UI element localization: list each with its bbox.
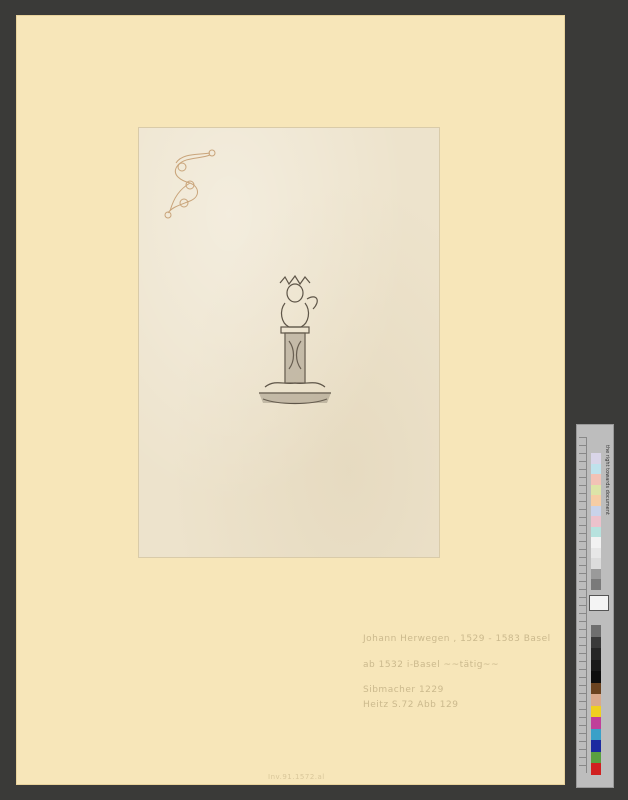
- color-patch-05: [591, 569, 601, 580]
- color-patch-b8: [591, 453, 601, 464]
- color-patch-b8: [591, 485, 601, 496]
- color-calibration-strip: the right towards document: [576, 424, 614, 788]
- annotation-artist: Johann Herwegen , 1529 - 1583 Basel: [363, 634, 551, 644]
- color-patch-02: [591, 548, 601, 559]
- color-patch-a7: [591, 506, 601, 517]
- gray-reference-card: [589, 595, 609, 611]
- color-patch-09: [591, 579, 601, 590]
- color-patch-18: [591, 660, 601, 672]
- strip-label: the right towards document: [604, 445, 610, 515]
- color-patch-01: [591, 537, 601, 548]
- ruler-scale: [579, 437, 587, 773]
- inventory-number: Inv.91.1572.al: [268, 773, 325, 781]
- color-patches-bottom: [591, 625, 601, 775]
- color-patch-a1: [591, 740, 601, 752]
- color-patch-16: [591, 637, 601, 649]
- color-patch-b6: [591, 694, 601, 706]
- color-patch-c8: [591, 495, 601, 506]
- color-patch-c2: [591, 729, 601, 741]
- corner-flourish-ornament: [160, 145, 220, 220]
- color-patch-20: [591, 671, 601, 683]
- color-patch-b2: [591, 717, 601, 729]
- color-patch-17: [591, 648, 601, 660]
- color-patch-a2: [591, 706, 601, 718]
- color-patch-b7: [591, 516, 601, 527]
- annotation-activity: ab 1532 i-Basel ~~tätig~~: [363, 660, 499, 670]
- color-patch-a8: [591, 474, 601, 485]
- annotation-reference-1: Sibmacher 1229: [363, 685, 444, 695]
- color-patches-top: [591, 453, 601, 590]
- color-patch-b1: [591, 752, 601, 764]
- color-patch-c1: [591, 763, 601, 775]
- annotation-reference-2: Heitz S.72 Abb 129: [363, 700, 458, 710]
- color-patch-c8: [591, 464, 601, 475]
- color-patch-03: [591, 558, 601, 569]
- color-patch-c7: [591, 527, 601, 538]
- engraved-figure-pedestal: [255, 275, 335, 410]
- color-patch-11: [591, 625, 601, 637]
- color-patch-a6: [591, 683, 601, 695]
